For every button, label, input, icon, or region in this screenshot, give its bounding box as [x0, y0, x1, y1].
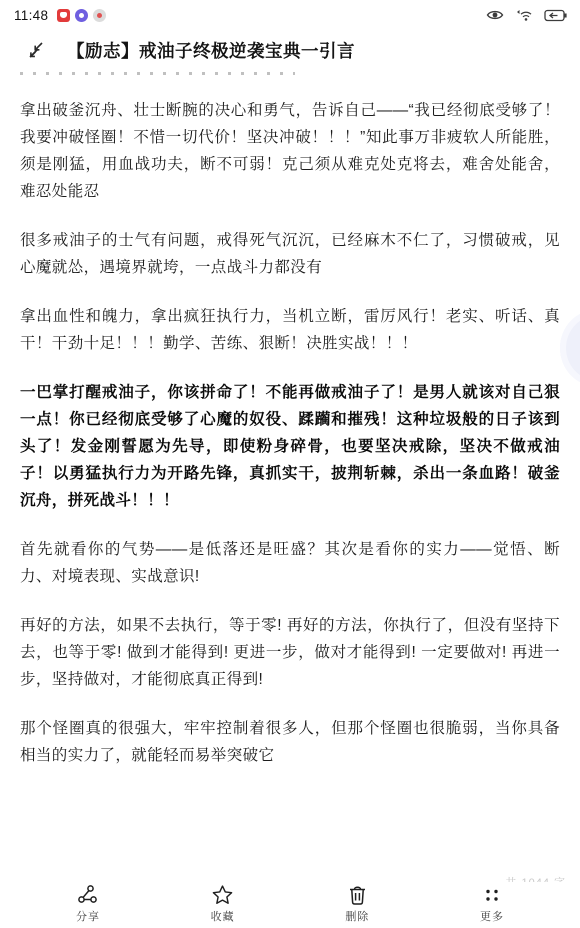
paragraph-2: 很多戒油子的士气有问题，戒得死气沉沉，已经麻木不仁了，习惯破戒，见心魔就怂，遇境… [20, 227, 560, 281]
share-button[interactable]: 分享 [28, 884, 148, 924]
share-label: 分享 [76, 908, 100, 924]
clipped-text-line [20, 72, 295, 75]
more-dots-icon [482, 884, 502, 906]
screen-record-indicator-icon [93, 9, 106, 22]
note-reader-screen: 11:48 [0, 0, 580, 928]
paragraph-1: 拿出破釜沉舟、壮士断腕的决心和勇气，告诉自己——“我已经彻底受够了！我要冲破怪圈… [20, 97, 560, 205]
more-button[interactable]: 更多 [432, 884, 552, 924]
status-time: 11:48 [14, 8, 48, 23]
red-app-badge-icon [57, 9, 70, 22]
paragraph-6: 再好的方法，如果不去执行，等于零! 再好的方法，你执行了，但没有坚持下去，也等于… [20, 612, 560, 693]
wifi-icon [515, 8, 533, 22]
paragraph-5: 首先就看你的气势——是低落还是旺盛？其次是看你的实力——觉悟、断力、对境表现、实… [20, 536, 560, 590]
delete-label: 删除 [345, 908, 369, 924]
purple-app-badge-icon [75, 9, 88, 22]
note-content[interactable]: 拿出破釜沉舟、壮士断腕的决心和勇气，告诉自己——“我已经彻底受够了！我要冲破怪圈… [0, 72, 580, 769]
eye-protection-icon [486, 8, 504, 22]
delete-button[interactable]: 删除 [297, 884, 417, 924]
battery-charging-icon [544, 9, 568, 22]
status-bar: 11:48 [0, 0, 580, 26]
more-label: 更多 [480, 908, 504, 924]
favorite-button[interactable]: 收藏 [163, 884, 283, 924]
paragraph-4-bold: 一巴掌打醒戒油子，你该拼命了！不能再做戒油子了！是男人就该对自己狠一点！你已经彻… [20, 379, 560, 514]
star-icon [211, 884, 234, 906]
trash-icon [347, 884, 368, 906]
bottom-toolbar: 分享 收藏 删除 [0, 882, 580, 928]
title-bar: 【励志】戒油子终极逆袭宝典一引言 [0, 26, 580, 69]
collapse-fullscreen-icon[interactable] [26, 40, 47, 61]
favorite-label: 收藏 [211, 908, 235, 924]
paragraph-3: 拿出血性和魄力，拿出疯狂执行力，当机立断，雷厉风行！老实、听话、真干！干劲十足！… [20, 303, 560, 357]
paragraph-7: 那个怪圈真的很强大，牢牢控制着很多人，但那个怪圈也很脆弱，当你具备相当的实力了，… [20, 715, 560, 769]
page-title: 【励志】戒油子终极逆袭宝典一引言 [67, 38, 355, 63]
share-icon [77, 884, 99, 906]
